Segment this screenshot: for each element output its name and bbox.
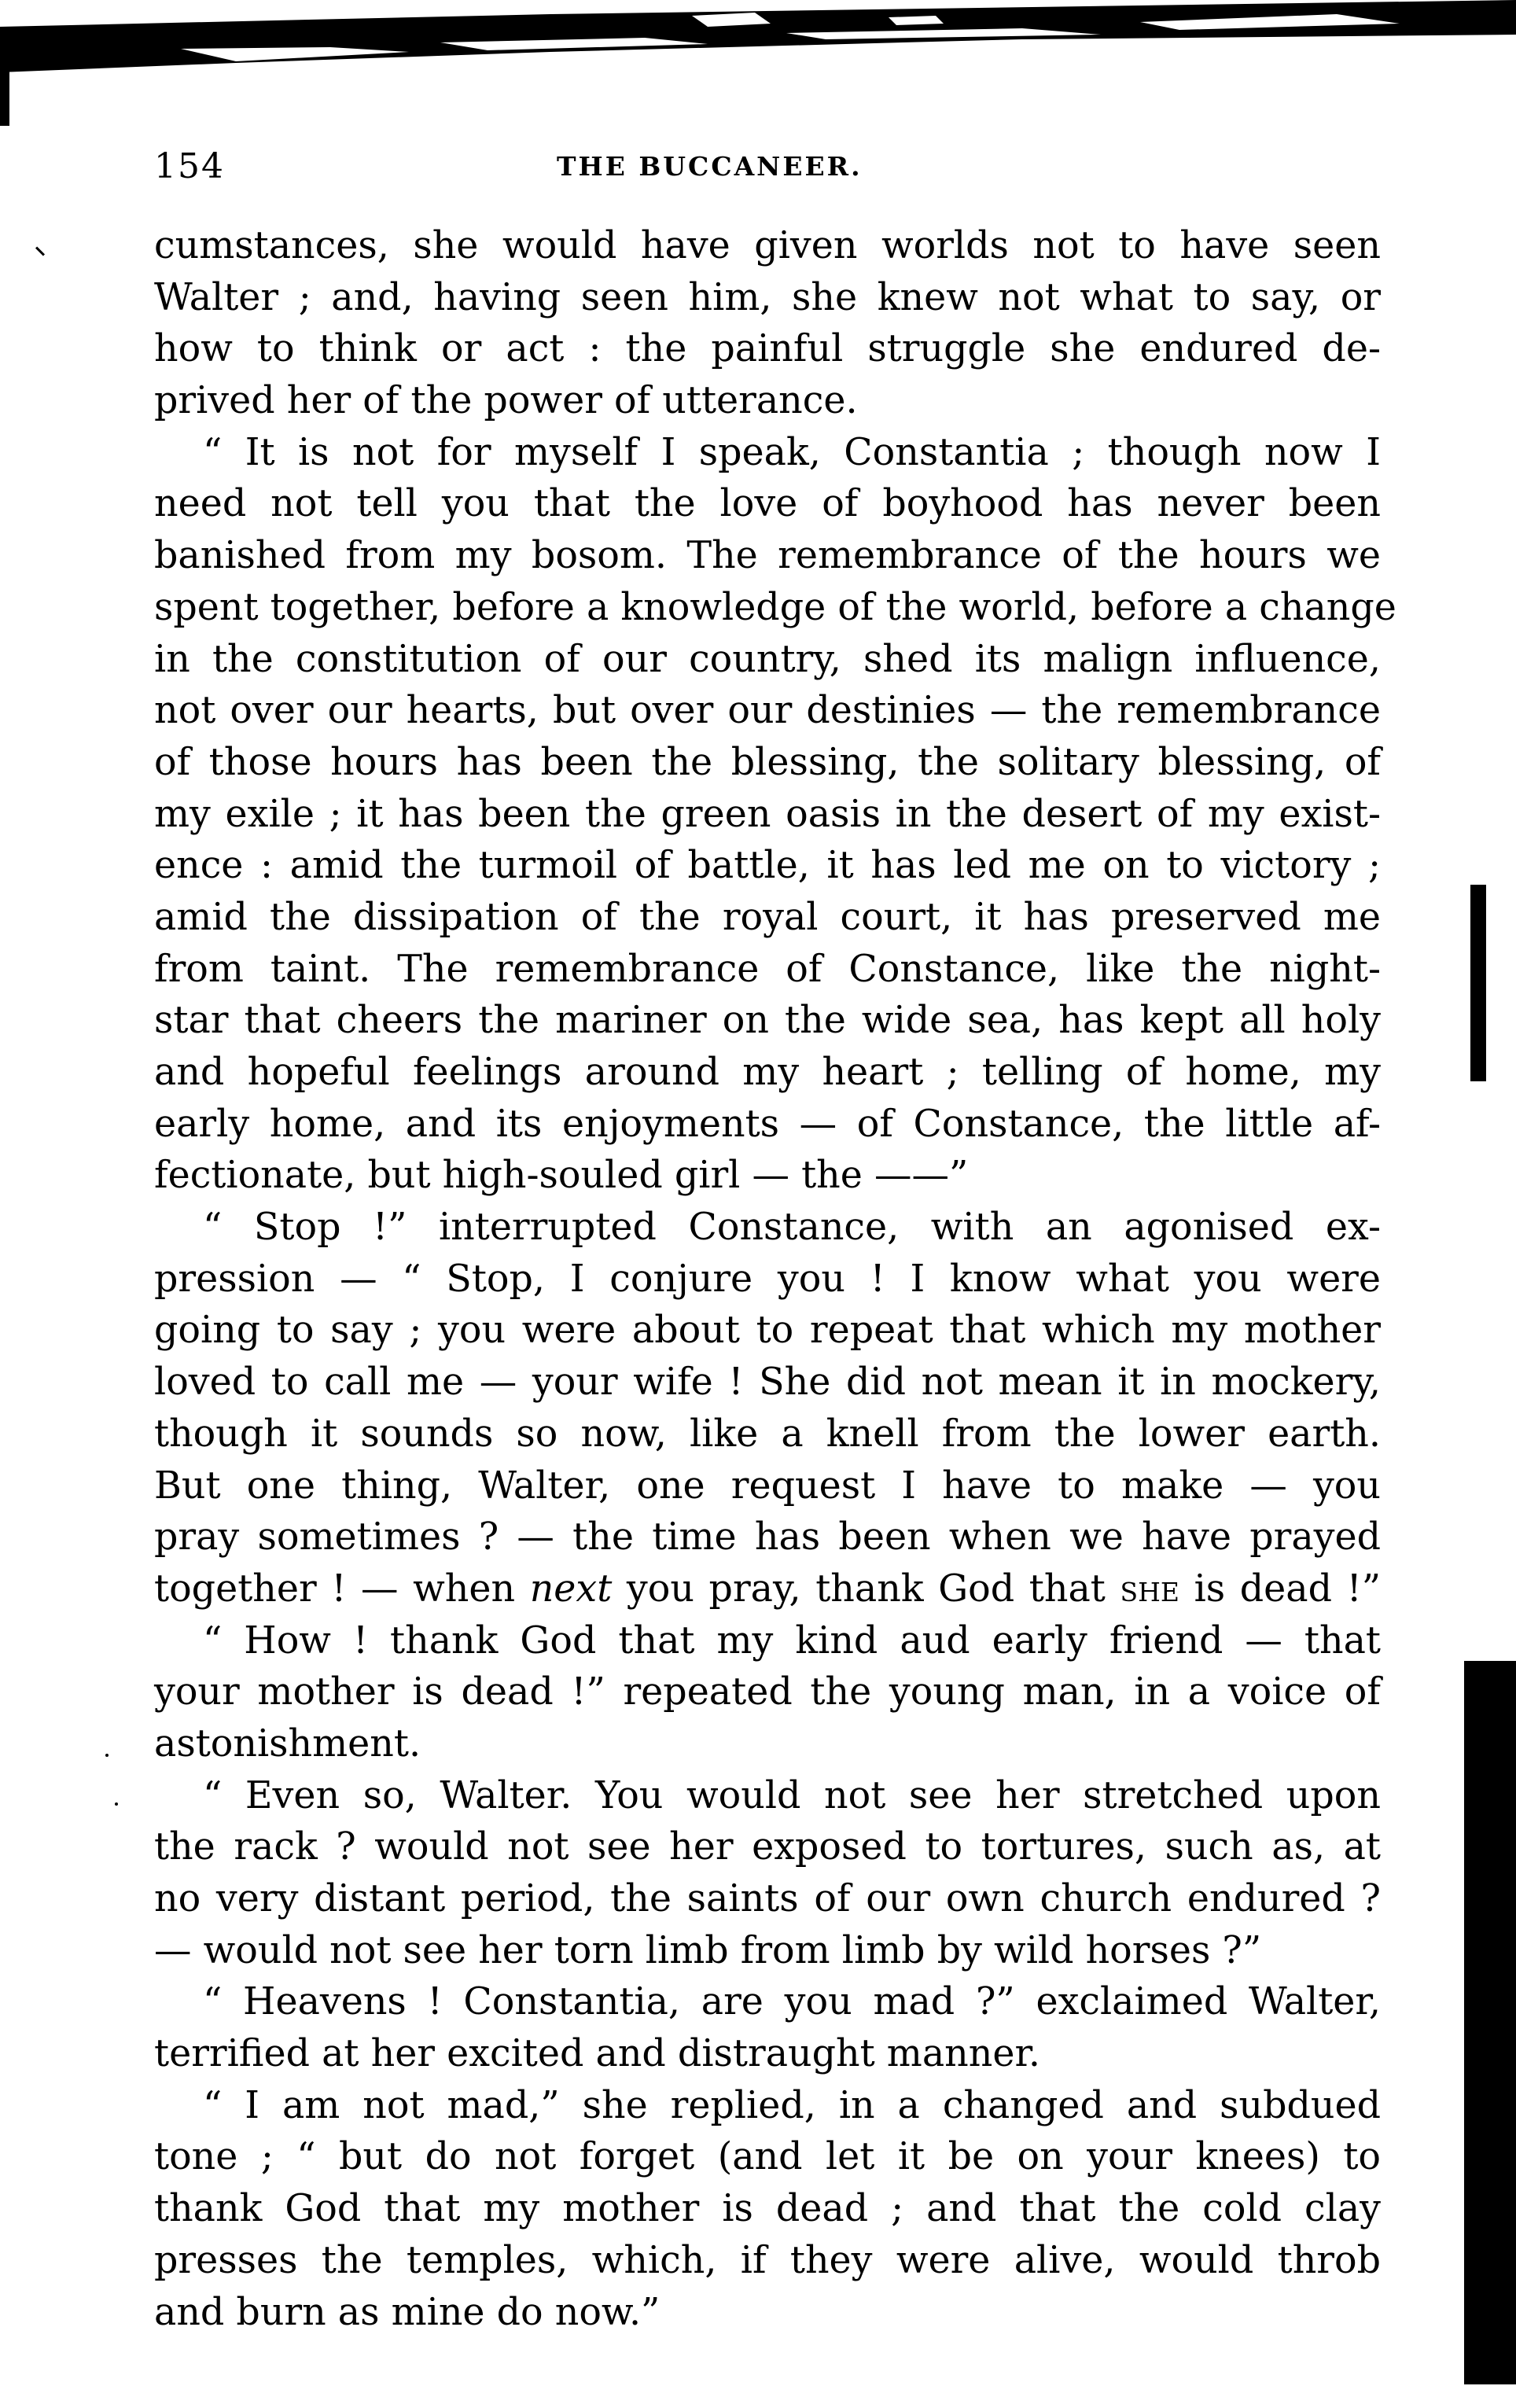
- text-line: astonishment.: [154, 1718, 1381, 1770]
- margin-mark: [35, 246, 45, 256]
- text-line: your mother is dead !” repeated the youn…: [154, 1666, 1381, 1718]
- text-line: presses the temples, which, if they were…: [154, 2235, 1381, 2287]
- text-line: fectionate, but high-souled girl — the —…: [154, 1150, 1381, 1202]
- text-line: how to think or act : the painful strugg…: [154, 323, 1381, 375]
- text-line: But one thing, Walter, one request I hav…: [154, 1460, 1381, 1512]
- running-head: 154 THE BUCCANEER.: [154, 146, 1396, 193]
- text-line: star that cheers the mariner on the wide…: [154, 995, 1381, 1047]
- text-line: “ Even so, Walter. You would not see her…: [154, 1770, 1381, 1822]
- text-line: need not tell you that the love of boyho…: [154, 478, 1381, 530]
- text-line: prived her of the power of utterance.: [154, 375, 1381, 427]
- text-segment: next: [530, 1567, 613, 1611]
- text-line: amid the dissipation of the royal court,…: [154, 892, 1381, 944]
- text-line: not over our hearts, but over our destin…: [154, 685, 1381, 737]
- text-line: tone ; “ but do not forget (and let it b…: [154, 2131, 1381, 2183]
- text-line: cumstances, she would have given worlds …: [154, 220, 1381, 272]
- text-line: Walter ; and, having seen him, she knew …: [154, 272, 1381, 324]
- scan-edge-artifact: [0, 0, 1516, 87]
- margin-dot: [115, 1802, 118, 1806]
- text-line: though it sounds so now, like a knell fr…: [154, 1408, 1381, 1460]
- text-segment: together ! — when: [154, 1567, 530, 1611]
- text-segment: she: [1120, 1567, 1179, 1611]
- text-line: spent together, before a knowledge of th…: [154, 582, 1381, 634]
- book-page: 154 THE BUCCANEER. cumstances, she would…: [0, 0, 1516, 2408]
- page-edge-shadow-lower: [1464, 1661, 1516, 2384]
- text-line: early home, and its enjoyments — of Cons…: [154, 1099, 1381, 1151]
- body-text: cumstances, she would have given worlds …: [154, 220, 1381, 2338]
- text-line: from taint. The remembrance of Constance…: [154, 944, 1381, 996]
- text-line: “ I am not mad,” she replied, in a chang…: [154, 2080, 1381, 2132]
- margin-dot: [105, 1754, 109, 1757]
- text-line: terrified at her excited and distraught …: [154, 2028, 1381, 2080]
- text-line: — would not see her torn limb from limb …: [154, 1925, 1381, 1977]
- text-line: my exile ; it has been the green oasis i…: [154, 789, 1381, 841]
- text-line: and burn as mine do now.”: [154, 2287, 1381, 2339]
- text-line: together ! — when next you pray, thank G…: [154, 1563, 1381, 1615]
- text-segment: is dead !”: [1179, 1567, 1381, 1611]
- text-segment: you pray, thank God that: [612, 1567, 1120, 1611]
- text-line: “ Stop !” interrupted Constance, with an…: [154, 1202, 1381, 1254]
- text-line: going to say ; you were about to repeat …: [154, 1305, 1381, 1357]
- scan-edge-artifact-left: [0, 63, 9, 126]
- text-line: banished from my bosom. The remembrance …: [154, 530, 1381, 582]
- text-line: “ It is not for myself I speak, Constant…: [154, 427, 1381, 479]
- text-line: ence : amid the turmoil of battle, it ha…: [154, 840, 1381, 892]
- text-line: “ Heavens ! Constantia, are you mad ?” e…: [154, 1976, 1381, 2028]
- text-line: “ How ! thank God that my kind aud early…: [154, 1615, 1381, 1667]
- running-title: THE BUCCANEER.: [557, 151, 863, 182]
- text-line: the rack ? would not see her exposed to …: [154, 1821, 1381, 1873]
- text-line: and hopeful feelings around my heart ; t…: [154, 1047, 1381, 1099]
- text-line: no very distant period, the saints of ou…: [154, 1873, 1381, 1925]
- page-number: 154: [154, 146, 225, 186]
- text-line: in the constitution of our country, shed…: [154, 634, 1381, 686]
- text-line: pray sometimes ? — the time has been whe…: [154, 1511, 1381, 1563]
- text-line: thank God that my mother is dead ; and t…: [154, 2183, 1381, 2235]
- page-edge-shadow-upper: [1470, 885, 1486, 1081]
- text-line: pression — “ Stop, I conjure you ! I kno…: [154, 1254, 1381, 1305]
- text-line: of those hours has been the blessing, th…: [154, 737, 1381, 789]
- text-line: loved to call me — your wife ! She did n…: [154, 1357, 1381, 1408]
